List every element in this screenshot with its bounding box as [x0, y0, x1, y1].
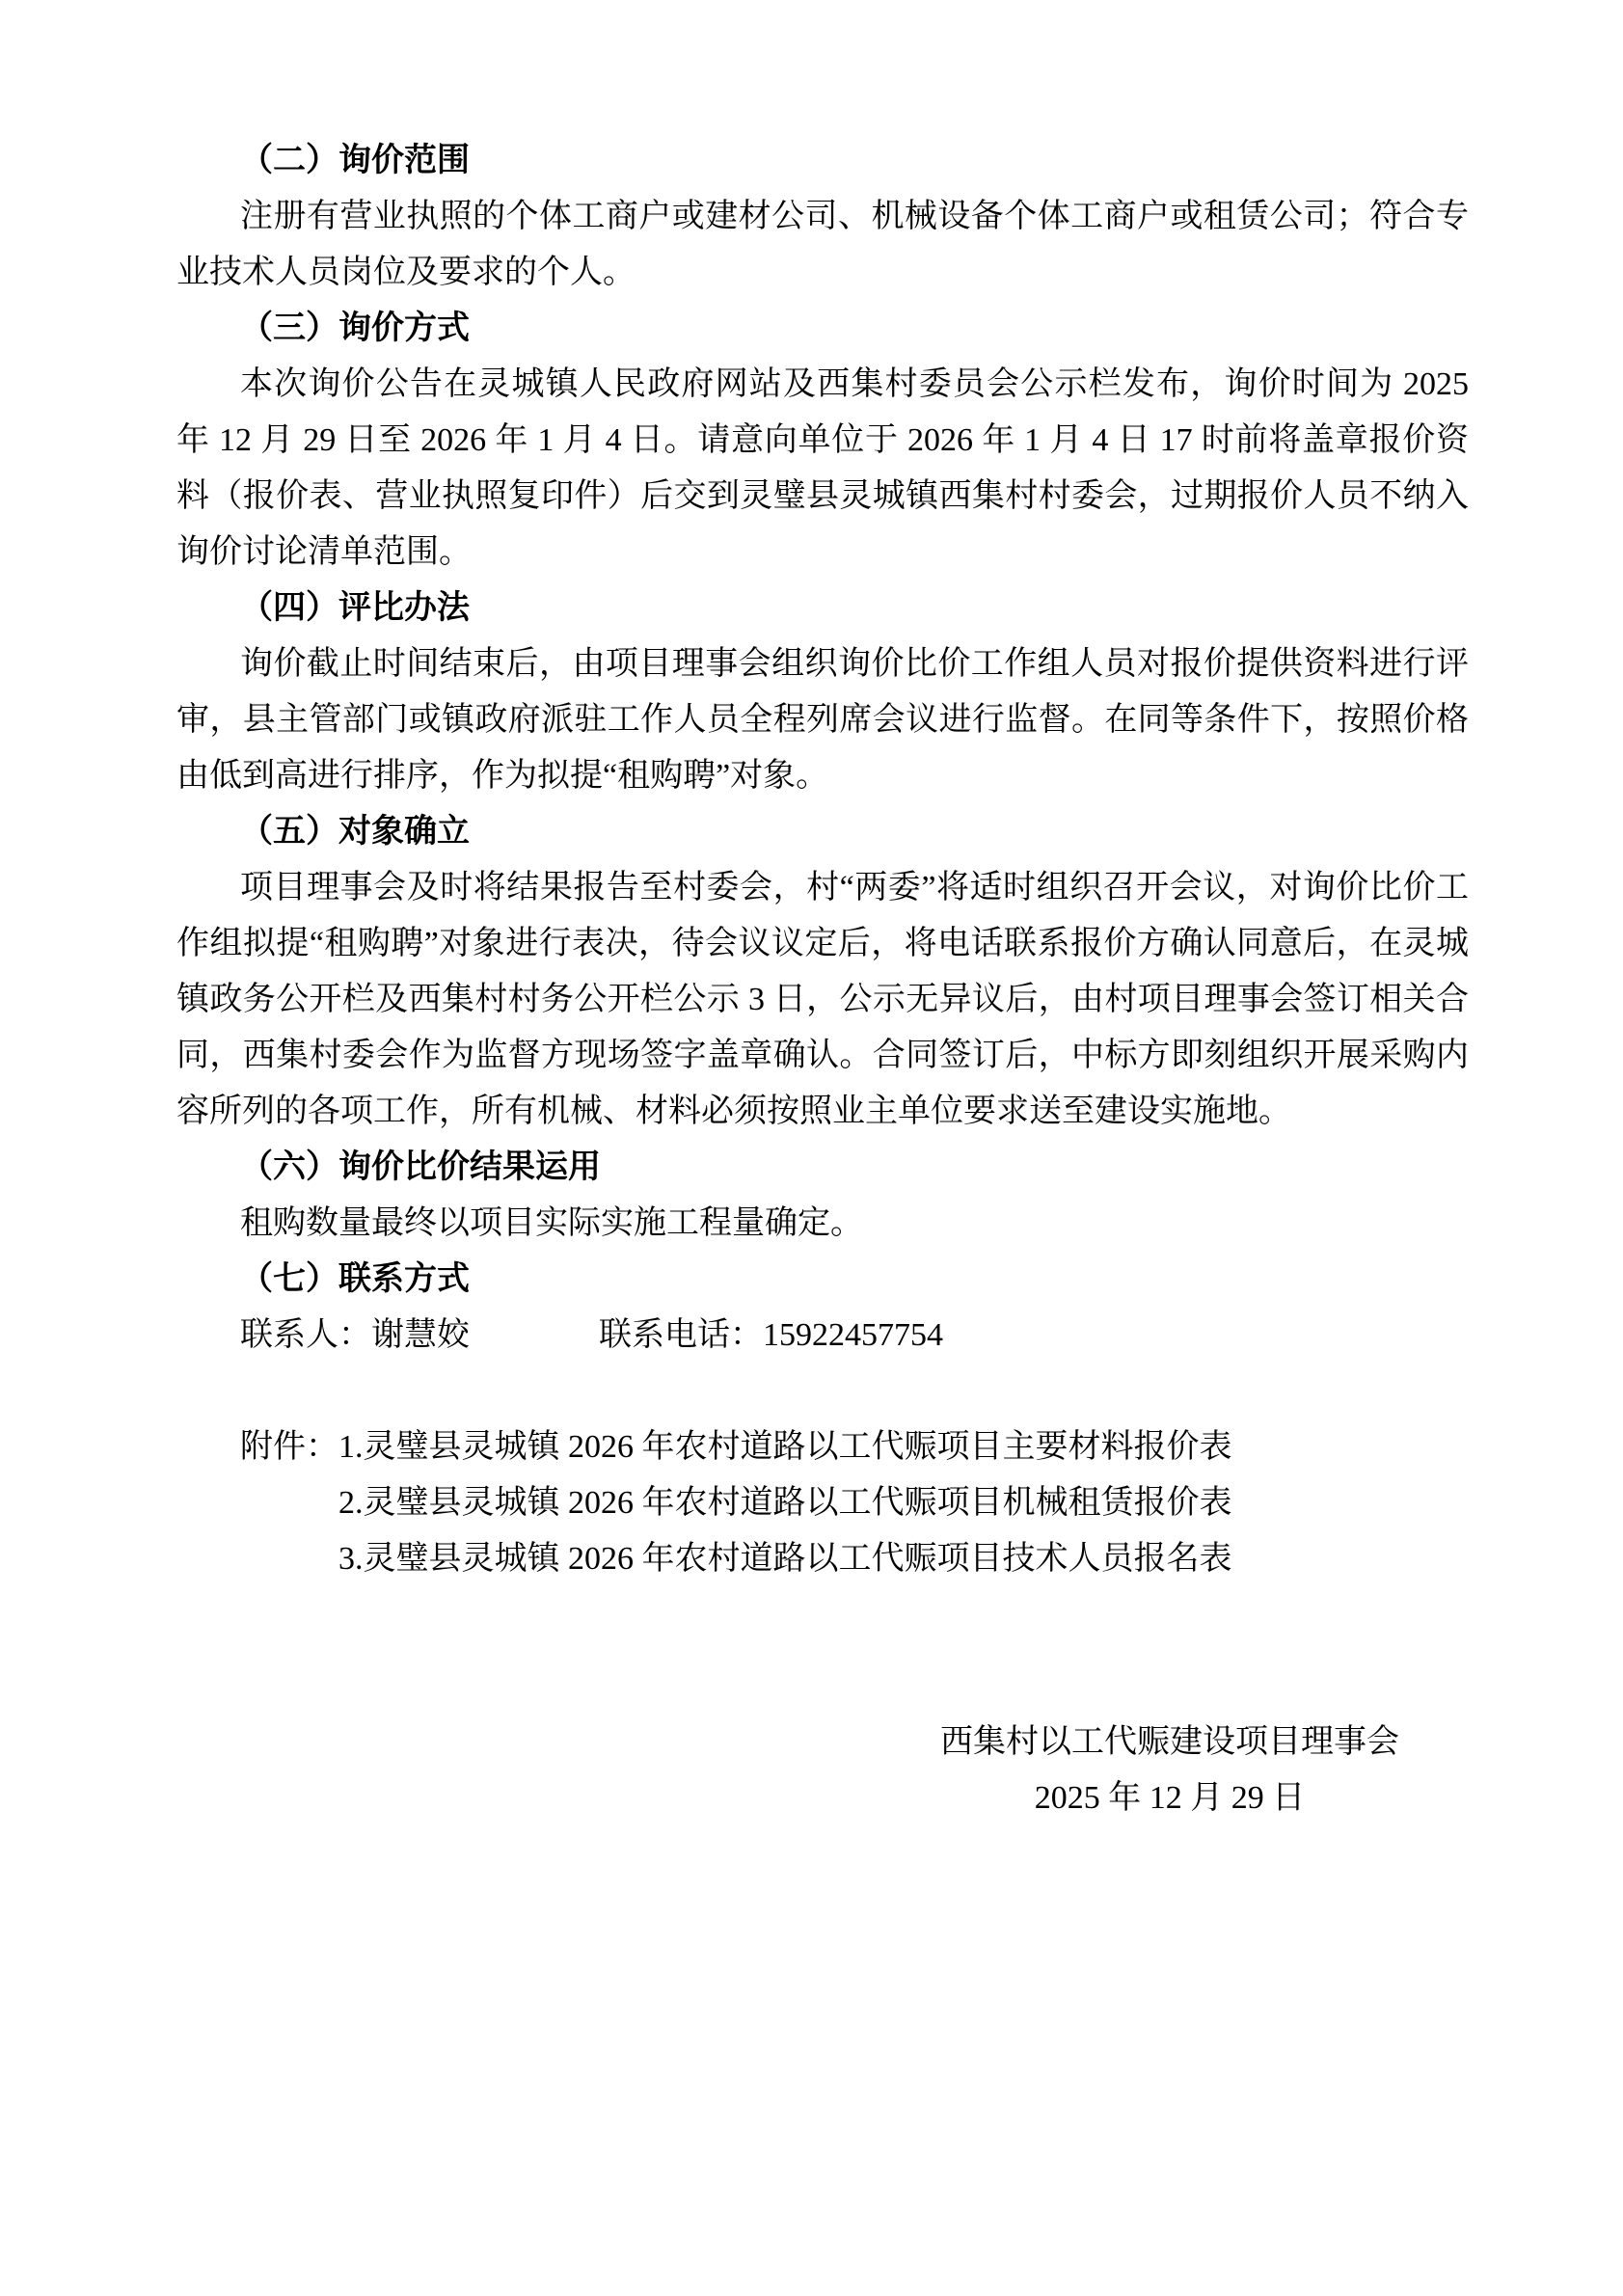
document-body: （二）询价范围 注册有营业执照的个体工商户或建材公司、机械设备个体工商户或租赁公… — [176, 133, 1469, 1826]
document-page: （二）询价范围 注册有营业执照的个体工商户或建材公司、机械设备个体工商户或租赁公… — [0, 0, 1623, 2296]
signature-date: 2025 年 12 月 29 日 — [940, 1770, 1399, 1826]
contact-line: 联系人：谢慧姣联系电话：15922457754 — [176, 1308, 1469, 1364]
section-heading-7: （七）联系方式 — [176, 1252, 1469, 1308]
signature-block: 西集村以工代赈建设项目理事会 2025 年 12 月 29 日 — [176, 1715, 1469, 1826]
section-heading-2: （二）询价范围 — [176, 133, 1469, 189]
signature-inner: 西集村以工代赈建设项目理事会 2025 年 12 月 29 日 — [940, 1715, 1399, 1826]
contact-person-label: 联系人： — [240, 1317, 371, 1353]
attachment-item-2: 2.灵璧县灵城镇 2026 年农村道路以工代赈项目机械租赁报价表 — [176, 1475, 1469, 1531]
attachment-item-3: 3.灵璧县灵城镇 2026 年农村道路以工代赈项目技术人员报名表 — [176, 1531, 1469, 1587]
section-heading-4: （四）评比办法 — [176, 581, 1469, 636]
attachment-item-1: 附件：1.灵璧县灵城镇 2026 年农村道路以工代赈项目主要材料报价表 — [176, 1419, 1469, 1475]
section-heading-5: （五）对象确立 — [176, 804, 1469, 860]
attachment-item-2-text: 2.灵璧县灵城镇 2026 年农村道路以工代赈项目机械租赁报价表 — [338, 1485, 1232, 1521]
attachments-block: 附件：1.灵璧县灵城镇 2026 年农村道路以工代赈项目主要材料报价表 2.灵璧… — [176, 1419, 1469, 1587]
paragraph-inquiry-method: 本次询价公告在灵城镇人民政府网站及西集村委员会公示栏发布，询价时间为 2025 … — [176, 357, 1469, 581]
attachment-item-3-text: 3.灵璧县灵城镇 2026 年农村道路以工代赈项目技术人员报名表 — [338, 1541, 1232, 1577]
section-heading-6: （六）询价比价结果运用 — [176, 1140, 1469, 1196]
paragraph-inquiry-scope: 注册有营业执照的个体工商户或建材公司、机械设备个体工商户或租赁公司；符合专业技术… — [176, 189, 1469, 301]
contact-phone-label: 联系电话： — [599, 1317, 763, 1353]
signature-organization: 西集村以工代赈建设项目理事会 — [940, 1715, 1399, 1770]
attachment-item-1-text: 1.灵璧县灵城镇 2026 年农村道路以工代赈项目主要材料报价表 — [338, 1429, 1232, 1465]
section-heading-3: （三）询价方式 — [176, 301, 1469, 357]
contact-person-name: 谢慧姣 — [371, 1317, 470, 1353]
paragraph-evaluation-method: 询价截止时间结束后，由项目理事会组织询价比价工作组人员对报价提供资料进行评审，县… — [176, 636, 1469, 804]
contact-phone-number: 15922457754 — [763, 1317, 943, 1353]
paragraph-target-confirmation: 项目理事会及时将结果报告至村委会，村“两委”将适时组织召开会议，对询价比价工作组… — [176, 860, 1469, 1140]
paragraph-result-application: 租购数量最终以项目实际实施工程量确定。 — [176, 1196, 1469, 1252]
attachments-label: 附件： — [240, 1429, 338, 1465]
